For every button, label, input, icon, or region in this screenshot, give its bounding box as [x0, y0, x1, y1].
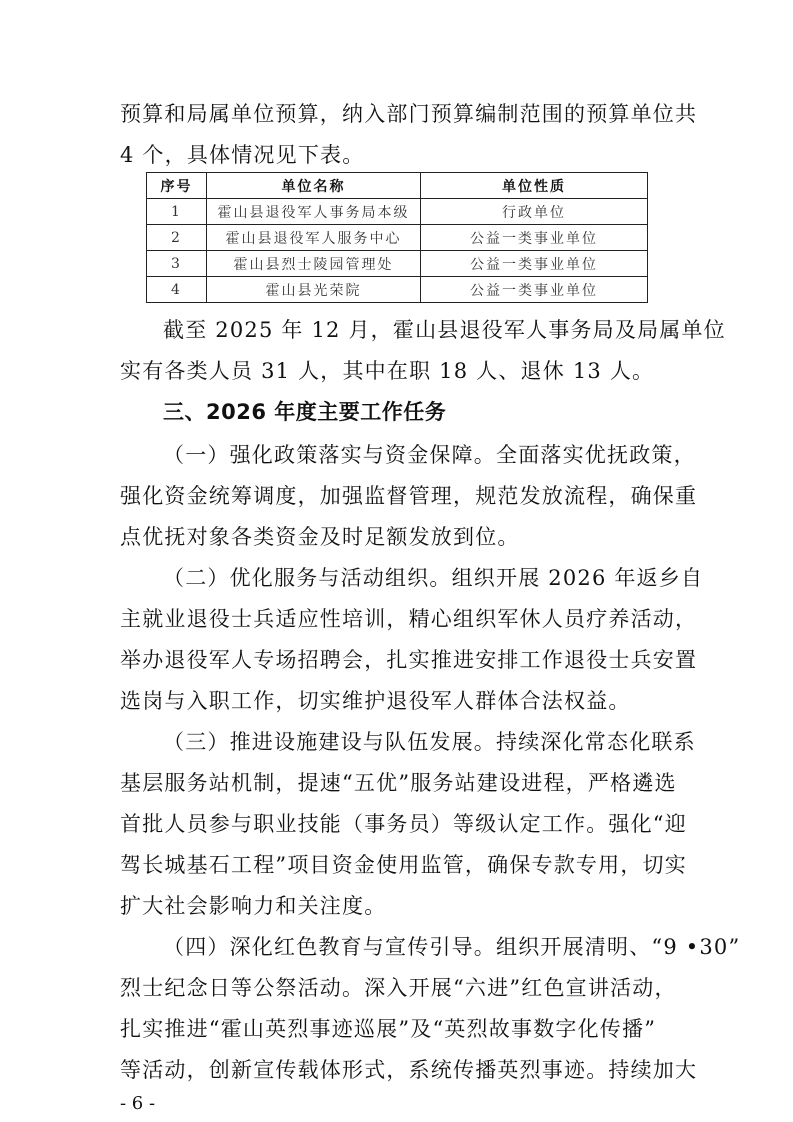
task-1-line: （一）强化政策落实与资金保障。全面落实优抚政策， [163, 441, 680, 469]
task-4-line: 扎实推进“霍山英烈事迹巡展”及“英烈故事数字化传播” [120, 1015, 680, 1043]
task-4-line: （四）深化红色教育与宣传引导。组织开展清明、“9 •30” [163, 933, 680, 961]
staff-paragraph-line: 截至 2025 年 12 月，霍山县退役军人事务局及局属单位 [163, 316, 680, 344]
cell-index: 3 [147, 251, 207, 277]
task-2-line: 选岗与入职工作，切实维护退役军人群体合法权益。 [120, 687, 680, 715]
column-header-index: 序号 [147, 173, 207, 199]
cell-unit-name: 霍山县退役军人事务局本级 [207, 199, 421, 225]
cell-unit-type: 公益一类事业单位 [421, 251, 648, 277]
task-4-line: 烈士纪念日等公祭活动。深入开展“六进”红色宣讲活动， [120, 974, 680, 1002]
cell-unit-name: 霍山县烈士陵园管理处 [207, 251, 421, 277]
column-header-unit-type: 单位性质 [421, 173, 648, 199]
task-2-line: （二）优化服务与活动组织。组织开展 2026 年返乡自 [163, 564, 680, 592]
task-2-line: 举办退役军人专场招聘会，扎实推进安排工作退役士兵安置 [120, 646, 680, 674]
table-header-row: 序号 单位名称 单位性质 [147, 173, 648, 199]
task-3-line: 扩大社会影响力和关注度。 [120, 892, 680, 920]
cell-unit-name: 霍山县光荣院 [207, 277, 421, 303]
cell-index: 2 [147, 225, 207, 251]
task-4-line: 等活动，创新宣传载体形式，系统传播英烈事迹。持续加大 [120, 1056, 680, 1084]
table-row: 4 霍山县光荣院 公益一类事业单位 [147, 277, 648, 303]
cell-unit-type: 行政单位 [421, 199, 648, 225]
cell-unit-type: 公益一类事业单位 [421, 277, 648, 303]
cell-unit-type: 公益一类事业单位 [421, 225, 648, 251]
budget-units-table: 序号 单位名称 单位性质 1 霍山县退役军人事务局本级 行政单位 2 霍山县退役… [146, 172, 648, 303]
section-heading: 三、2026 年度主要工作任务 [163, 398, 680, 426]
table-row: 1 霍山县退役军人事务局本级 行政单位 [147, 199, 648, 225]
table-row: 3 霍山县烈士陵园管理处 公益一类事业单位 [147, 251, 648, 277]
task-3-line: 首批人员参与职业技能（事务员）等级认定工作。强化“迎 [120, 810, 680, 838]
page-number: - 6 - [120, 1092, 155, 1116]
task-3-line: （三）推进设施建设与队伍发展。持续深化常态化联系 [163, 728, 680, 756]
staff-paragraph-line: 实有各类人员 31 人，其中在职 18 人、退休 13 人。 [120, 357, 680, 385]
column-header-unit-name: 单位名称 [207, 173, 421, 199]
task-3-line: 驾长城基石工程”项目资金使用监管，确保专款专用，切实 [120, 851, 680, 879]
task-3-line: 基层服务站机制，提速“五优”服务站建设进程，严格遴选 [120, 769, 680, 797]
cell-unit-name: 霍山县退役军人服务中心 [207, 225, 421, 251]
cell-index: 1 [147, 199, 207, 225]
task-1-line: 强化资金统筹调度，加强监督管理，规范发放流程，确保重 [120, 482, 680, 510]
task-1-line: 点优抚对象各类资金及时足额发放到位。 [120, 523, 680, 551]
intro-paragraph-line: 预算和局属单位预算，纳入部门预算编制范围的预算单位共 [120, 100, 680, 128]
task-2-line: 主就业退役士兵适应性培训，精心组织军休人员疗养活动， [120, 605, 680, 633]
cell-index: 4 [147, 277, 207, 303]
table-row: 2 霍山县退役军人服务中心 公益一类事业单位 [147, 225, 648, 251]
intro-paragraph-line: 4 个，具体情况见下表。 [120, 141, 680, 169]
